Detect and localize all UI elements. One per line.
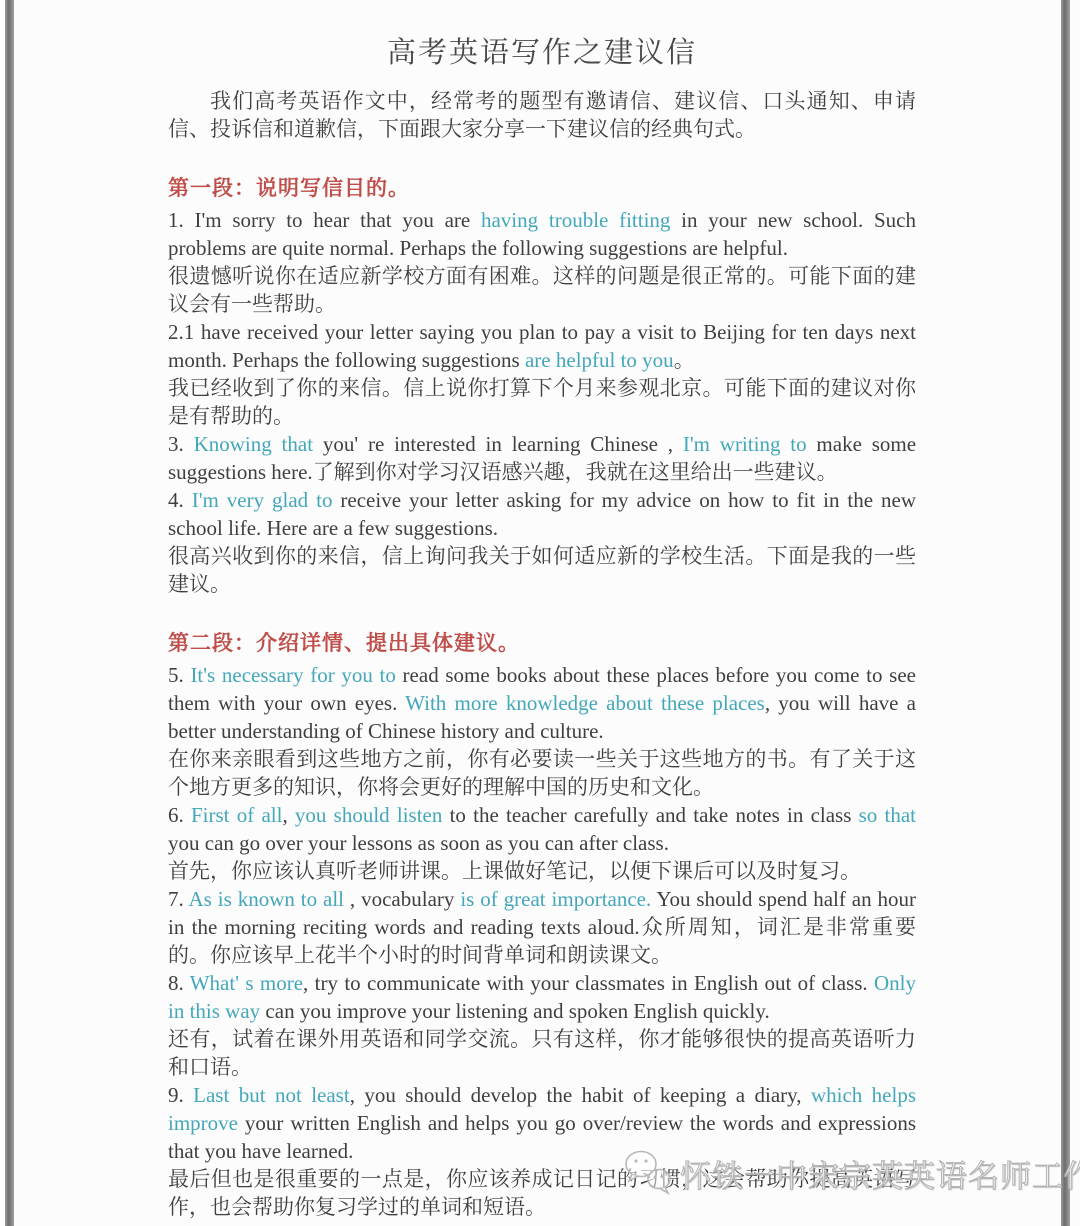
paragraph: 3. Knowing that you' re interested in le… bbox=[168, 430, 916, 486]
highlighted-phrase: I'm writing to bbox=[683, 432, 807, 456]
paragraph: 还有，试着在课外用英语和同学交流。只有这样，你才能够很快的提高英语听力和口语。 bbox=[168, 1025, 916, 1081]
text-run: 在你来亲眼看到这些地方之前，你有必要读一些关于这些地方的书。有了关于这个地方更多… bbox=[168, 747, 916, 799]
paragraph: 很遗憾听说你在适应新学校方面有困难。这样的问题是很正常的。可能下面的建议会有一些… bbox=[168, 262, 916, 318]
paragraph: 9. Last but not least, you should develo… bbox=[168, 1081, 916, 1165]
sections-container: 第一段：说明写信目的。1. I'm sorry to hear that you… bbox=[168, 172, 916, 1221]
highlighted-phrase: so that bbox=[859, 803, 916, 827]
text-run: 9. bbox=[168, 1083, 193, 1107]
intro-paragraph: 我们高考英语作文中，经常考的题型有邀请信、建议信、口头通知、申请信、投诉信和道歉… bbox=[168, 87, 916, 143]
text-run: 很遗憾听说你在适应新学校方面有困难。这样的问题是很正常的。可能下面的建议会有一些… bbox=[168, 264, 916, 316]
text-run: 7. bbox=[168, 887, 189, 911]
section-heading: 第一段：说明写信目的。 bbox=[168, 172, 916, 202]
text-run: 首先，你应该认真听老师讲课。上课做好笔记，以便下课后可以及时复习。 bbox=[168, 859, 861, 883]
paragraph: 8. What' s more, try to communicate with… bbox=[168, 969, 916, 1025]
text-run: you' re interested in learning Chinese , bbox=[313, 432, 683, 456]
paragraph: 6. First of all, you should listen to th… bbox=[168, 801, 916, 857]
highlighted-phrase: First of all bbox=[191, 803, 282, 827]
text-run: you can go over your lessons as soon as … bbox=[168, 831, 669, 855]
page-title: 高考英语写作之建议信 bbox=[168, 30, 916, 71]
paragraph: 4. I'm very glad to receive your letter … bbox=[168, 486, 916, 542]
text-run: , try to communicate with your classmate… bbox=[303, 971, 874, 995]
highlighted-phrase: As is known to all bbox=[189, 887, 345, 911]
highlighted-phrase: What' s more bbox=[190, 971, 303, 995]
paragraph: 首先，你应该认真听老师讲课。上课做好笔记，以便下课后可以及时复习。 bbox=[168, 857, 916, 885]
text-run: your written English and helps you go ov… bbox=[168, 1111, 916, 1163]
paragraph: 7. As is known to all , vocabulary is of… bbox=[168, 885, 916, 969]
paragraph: 2.1 have received your letter saying you… bbox=[168, 318, 916, 374]
page-left-border bbox=[5, 0, 14, 1226]
paragraph: 最后但也是很重要的一点是，你应该养成记日记的习惯，这会帮助你提高英语写作，也会帮… bbox=[168, 1165, 916, 1221]
highlighted-phrase: is of great importance. bbox=[460, 887, 651, 911]
text-run: 很高兴收到你的来信，信上询问我关于如何适应新的学校生活。下面是我的一些建议。 bbox=[168, 544, 916, 596]
highlighted-phrase: having trouble fitting bbox=[481, 208, 670, 232]
highlighted-phrase: Knowing that bbox=[194, 432, 313, 456]
highlighted-phrase: With more knowledge about these places bbox=[405, 691, 765, 715]
text-run: 最后但也是很重要的一点是，你应该养成记日记的习惯，这会帮助你提高英语写作，也会帮… bbox=[168, 1167, 916, 1219]
paragraph: 1. I'm sorry to hear that you are having… bbox=[168, 206, 916, 262]
text-run: 3. bbox=[168, 432, 194, 456]
document-page: 高考英语写作之建议信 我们高考英语作文中，经常考的题型有邀请信、建议信、口头通知… bbox=[168, 30, 916, 1221]
text-run: 4. bbox=[168, 488, 192, 512]
text-run: 1. I'm sorry to hear that you are bbox=[168, 208, 481, 232]
paragraph: 在你来亲眼看到这些地方之前，你有必要读一些关于这些地方的书。有了关于这个地方更多… bbox=[168, 745, 916, 801]
text-run: can you improve your listening and spoke… bbox=[260, 999, 770, 1023]
text-run: to the teacher carefully and take notes … bbox=[442, 803, 858, 827]
page-right-border bbox=[1061, 0, 1070, 1226]
highlighted-phrase: are helpful to you bbox=[525, 348, 674, 372]
paragraph: 我已经收到了你的来信。信上说你打算下个月来参观北京。可能下面的建议对你是有帮助的… bbox=[168, 374, 916, 430]
section: 第一段：说明写信目的。1. I'm sorry to hear that you… bbox=[168, 172, 916, 598]
text-run: 5. bbox=[168, 663, 190, 687]
text-run: , you should develop the habit of keepin… bbox=[350, 1083, 811, 1107]
text-run: 8. bbox=[168, 971, 190, 995]
paragraph: 5. It's necessary for you to read some b… bbox=[168, 661, 916, 745]
highlighted-phrase: It's necessary for you to bbox=[190, 663, 395, 687]
highlighted-phrase: you should listen bbox=[295, 803, 442, 827]
text-run: 我已经收到了你的来信。信上说你打算下个月来参观北京。可能下面的建议对你是有帮助的… bbox=[168, 376, 916, 428]
section: 第二段：介绍详情、提出具体建议。5. It's necessary for yo… bbox=[168, 627, 916, 1221]
text-run: , vocabulary bbox=[344, 887, 460, 911]
text-run: 还有，试着在课外用英语和同学交流。只有这样，你才能够很快的提高英语听力和口语。 bbox=[168, 1027, 916, 1079]
text-run: 6. bbox=[168, 803, 191, 827]
paragraph: 很高兴收到你的来信，信上询问我关于如何适应新的学校生活。下面是我的一些建议。 bbox=[168, 542, 916, 598]
text-run: , bbox=[282, 803, 294, 827]
highlighted-phrase: Last but not least bbox=[193, 1083, 350, 1107]
section-heading: 第二段：介绍详情、提出具体建议。 bbox=[168, 627, 916, 657]
text-run: 。 bbox=[674, 348, 695, 372]
highlighted-phrase: I'm very glad to bbox=[192, 488, 333, 512]
